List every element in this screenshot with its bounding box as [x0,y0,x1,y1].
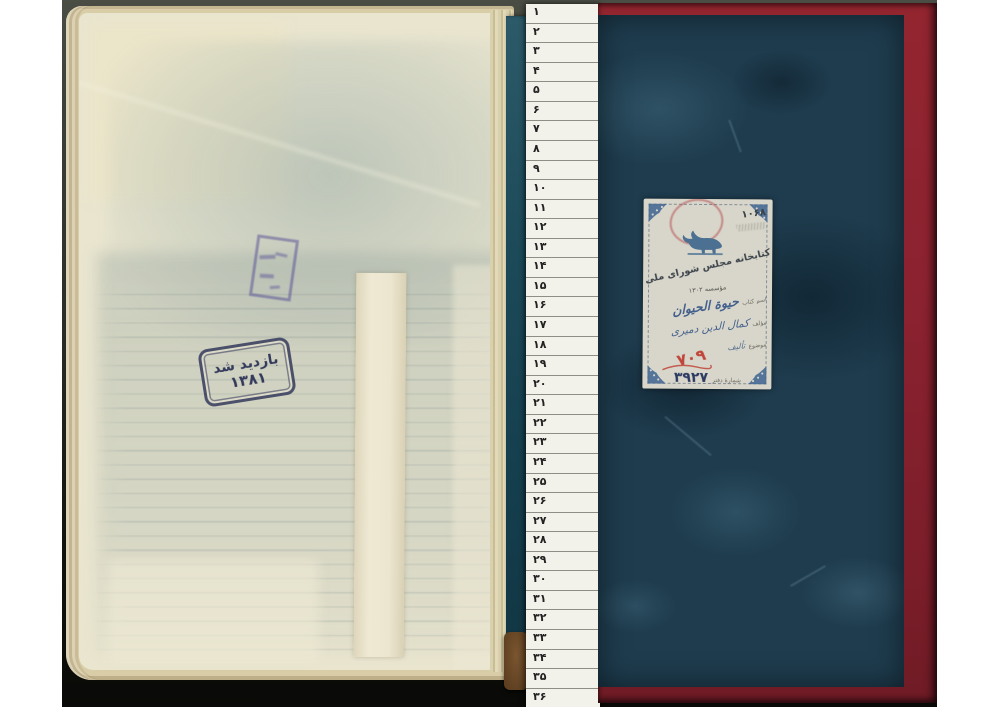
ruler-numeral: ۳۵ [533,671,546,682]
manuscript-scan: بازدید شد ۱۳۸۱ ۱۲۳۴۵۶۷۸۹۱۰۱۱۱۲۱۳۱۴۱۵۱۶۱۷… [0,0,1000,707]
ruler-numeral: ۱۴ [533,260,546,271]
ruler-numeral: ۳۲ [533,612,546,623]
spine-cloth-gutter [506,16,528,688]
ruler-cell: ۲۹ [526,552,600,572]
ruler-cell: ۸ [526,141,600,161]
ruler-numeral: ۴ [533,65,540,76]
ruler-cell: ۱۰ [526,180,600,200]
ruler-cell: ۳۰ [526,571,600,591]
ruler-cell: ۱۹ [526,356,600,376]
ruler-numeral: ۱۰ [533,182,546,193]
ruler-cell: ۱۲ [526,219,600,239]
ruler-cell: ۹ [526,161,600,181]
register-label: شمارۀ دفتر [712,377,741,384]
ruler-cell: ۳۳ [526,630,600,650]
spine-tailband [504,632,528,690]
ruler-cell: ۲۶ [526,493,600,513]
register-row: شمارۀ دفتر ۳۹۲۷ [648,370,766,387]
ruler-cell: ۱۶ [526,297,600,317]
ruler-numeral: ۹ [533,163,540,174]
photo-background: بازدید شد ۱۳۸۱ ۱۲۳۴۵۶۷۸۹۱۰۱۱۱۲۱۳۱۴۱۵۱۶۱۷… [62,0,937,707]
cover-scratch [728,120,742,153]
ruler-numeral: ۱۳ [533,241,546,252]
visited-stamp-year: ۱۳۸۱ [229,369,268,391]
ruler-numeral: ۲۸ [533,534,546,545]
ruler-numeral: ۱۸ [533,339,546,350]
ruler-numeral: ۱۲ [533,221,546,232]
left-page-surface: بازدید شد ۱۳۸۱ [79,13,512,670]
ruler-numeral: ۲۲ [533,417,546,428]
ruler-numeral: ۱۹ [533,358,546,369]
ruler-numeral: ۲۴ [533,456,546,467]
ruler-numeral: ۲ [533,26,540,37]
stamp-mark [260,274,274,279]
ruler-numeral: ۳۰ [533,573,546,584]
ruler-numeral: ۸ [533,143,540,154]
library-bookplate: ۱۰۶۸ کتابخانه مجلس شورای ملی مؤسسه ۱۳۰۲ … [642,199,772,390]
ruler-cell: ۲۰ [526,376,600,396]
repair-tape-strip [354,273,407,657]
cover-scratch [664,416,711,456]
ruler-numeral: ۱۱ [533,202,546,213]
ruler-numeral: ۱۵ [533,280,546,291]
ruler-cell: ۲ [526,24,600,44]
ruler-numeral: ۵ [533,84,540,95]
lion-emblem-icon [675,225,731,257]
ruler-cell: ۲۸ [526,532,600,552]
ruler-cell: ۳۱ [526,591,600,611]
ruler-cell: ۱۴ [526,258,600,278]
stamp-mark [259,255,275,260]
ruler-numeral: ۳۳ [533,632,546,643]
ruler-numeral: ۲۳ [533,436,546,447]
ruler-numeral: ۶ [533,104,540,115]
ruler-cell: ۲۳ [526,434,600,454]
ruler-cell: ۲۲ [526,415,600,435]
ruler-cell: ۶ [526,102,600,122]
stamp-mark [275,252,287,258]
floral-corner-icon [648,204,668,224]
left-page-block: بازدید شد ۱۳۸۱ [66,6,514,680]
ruler-cell: ۷ [526,121,600,141]
ruler-numeral: ۷ [533,123,540,134]
ruler-numeral: ۲۰ [533,378,546,389]
cover-velvet-lining: ۱۰۶۸ کتابخانه مجلس شورای ملی مؤسسه ۱۳۰۲ … [598,15,904,687]
ruler-numeral: ۲۷ [533,515,546,526]
ruler-cell: ۲۵ [526,474,600,494]
ruler-numeral: ۳۴ [533,652,546,663]
ruler-numeral: ۳ [533,45,540,56]
page-ruler: ۱۲۳۴۵۶۷۸۹۱۰۱۱۱۲۱۳۱۴۱۵۱۶۱۷۱۸۱۹۲۰۲۱۲۲۲۳۲۴۲… [526,4,600,707]
ruler-numeral: ۲۱ [533,397,546,408]
ruler-numeral: ۲۹ [533,554,546,565]
ruler-numeral: ۳۶ [533,691,546,702]
ruler-cell: ۳۲ [526,610,600,630]
ruler-cell: ۳۶ [526,689,600,707]
ruler-cell: ۲۴ [526,454,600,474]
ruler-cell: ۱۳ [526,239,600,259]
ruler-numeral: ۱۶ [533,299,546,310]
ruler-cell: ۳۵ [526,669,600,689]
ruler-numeral: ۱ [533,6,540,17]
author-label: مؤلف [752,319,767,328]
ruler-cell: ۳۴ [526,650,600,670]
ruler-cell: ۱۵ [526,278,600,298]
faint-registration-stamp [249,234,299,301]
ruler-numeral: ۳۱ [533,593,546,604]
ruler-cell: ۳ [526,43,600,63]
ruler-cell: ۱۸ [526,337,600,357]
ruler-cell: ۲۷ [526,513,600,533]
book-cover: ۱۰۶۸ کتابخانه مجلس شورای ملی مؤسسه ۱۳۰۲ … [598,3,937,703]
subject-value: تألیف [728,341,746,352]
lower-corner-patch [107,559,319,661]
ruler-cell: ۵ [526,82,600,102]
ruler-cell: ۴ [526,63,600,83]
ruler-cell: ۱ [526,4,600,24]
stamp-mark [270,285,280,289]
ruler-numeral: ۱۷ [533,319,546,330]
cover-scratch [790,565,826,587]
ruler-cell: ۲۱ [526,395,600,415]
ruler-cell: ۱۱ [526,200,600,220]
ruler-numeral: ۲۶ [533,495,546,506]
register-number: ۳۹۲۷ [674,370,708,386]
ruler-cell: ۱۷ [526,317,600,337]
ruler-numeral: ۲۵ [533,476,546,487]
